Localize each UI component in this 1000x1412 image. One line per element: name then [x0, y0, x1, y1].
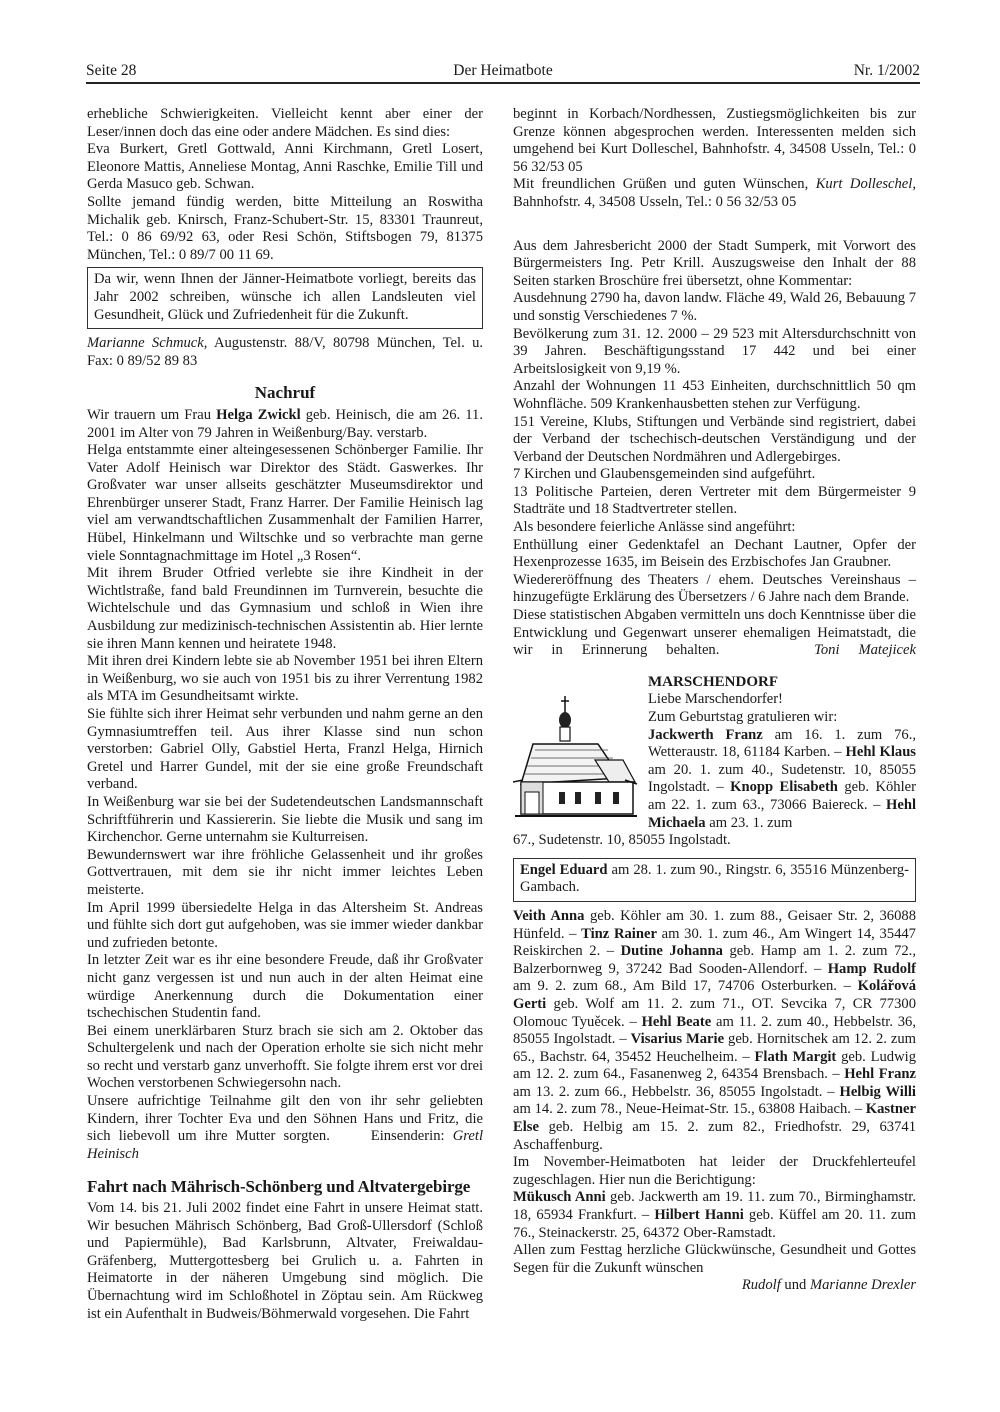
fahrt-heading: Fahrt nach Mährisch-Schönberg und Altvat…	[87, 1178, 483, 1196]
nachruf-paragraph: Sie fühlte sich ihrer Heimat sehr verbun…	[87, 706, 483, 794]
text: am 9. 2. zum 68., Am Bild 17, 74706 Oste…	[513, 978, 858, 994]
person-name: Helbig Willi	[839, 1084, 916, 1100]
person-name: Flath Margit	[755, 1049, 837, 1065]
organizer-name: Kurt Dolleschel,	[816, 176, 916, 192]
person-name: Jackwerth Franz	[648, 727, 763, 743]
correction-intro: Im November-Heimatboten hat leider der D…	[513, 1154, 916, 1189]
person-name: Knopp Elisabeth	[730, 779, 838, 795]
birthday-intro: Zum Geburtstag gratulieren wir:	[648, 709, 916, 727]
report-paragraph: 151 Vereine, Klubs, Stiftungen und Verbä…	[513, 414, 916, 467]
report-paragraph: Aus dem Jahresbericht 2000 der Stadt Sum…	[513, 238, 916, 291]
signer-name: Marianne Drexler	[810, 1277, 916, 1293]
text: am 13. 2. zum 66., Hebbelstr. 36, 85055 …	[513, 1084, 839, 1100]
person-name: Hamp Rudolf	[828, 961, 916, 977]
new-year-box: Da wir, wenn Ihnen der Jänner-Heimatbote…	[87, 267, 483, 329]
fahrt-paragraph: Vom 14. bis 21. Juli 2002 findet eine Fa…	[87, 1200, 483, 1323]
sender-label: Einsenderin:	[371, 1128, 453, 1144]
nachruf-paragraph: Mit ihrem Bruder Otfried verlebte sie ih…	[87, 565, 483, 653]
closing-signature: Rudolf und Marianne Drexler	[513, 1277, 916, 1295]
report-closing: Diese statistischen Abgaben vermitteln u…	[513, 607, 916, 660]
names-paragraph: Eva Burkert, Gretl Gottwald, Anni Kirchm…	[87, 141, 483, 194]
fahrt-greeting: Mit freundlichen Grüßen und guten Wünsch…	[513, 176, 916, 211]
nachruf-paragraph: In Weißenburg war sie bei der Sudetendeu…	[87, 794, 483, 847]
marschendorf-section: MARSCHENDORF Liebe Marschendorfer! Zum G…	[513, 674, 916, 1295]
person-name: Tinz Rainer	[581, 926, 657, 942]
page-header: Seite 28 Der Heimatbote Nr. 1/2002	[86, 60, 920, 84]
highlight-entry: Engel Eduard am 28. 1. zum 90., Ringstr.…	[520, 862, 909, 897]
highlight-box: Engel Eduard am 28. 1. zum 90., Ringstr.…	[513, 858, 916, 902]
nachruf-closing: Unsere aufrichtige Teilnahme gilt den vo…	[87, 1093, 483, 1163]
person-name: Veith Anna	[513, 908, 584, 924]
report-paragraph: 13 Politische Parteien, deren Vertreter …	[513, 484, 916, 519]
person-name: Mükusch Anni	[513, 1189, 606, 1205]
person-name: Hehl Franz	[844, 1066, 916, 1082]
author-name: Marianne Schmuck,	[87, 335, 207, 351]
report-paragraph: Anzahl der Wohnungen 11 453 Einheiten, d…	[513, 378, 916, 413]
text: und	[781, 1277, 810, 1293]
birthday-list-start: Jackwerth Franz am 16. 1. zum 76., Wette…	[648, 727, 916, 833]
right-column: beginnt in Korbach/Nordhessen, Zustiegsm…	[513, 106, 916, 1295]
text: geb. Helbig am 15. 2. zum 82., Friedhofs…	[513, 1119, 916, 1153]
signer-name: Rudolf	[742, 1277, 781, 1293]
correction-entries: Mükusch Anni geb. Jackwerth am 19. 11. z…	[513, 1189, 916, 1242]
nachruf-paragraph: Bewundernswert war ihre fröhliche Gelass…	[87, 847, 483, 900]
person-name: Hilbert Hanni	[654, 1207, 743, 1223]
closing-wishes: Allen zum Festtag herzliche Glückwünsche…	[513, 1242, 916, 1277]
report-paragraph: Als besondere feierliche Anlässe sind an…	[513, 519, 916, 537]
birthday-entries: Veith Anna geb. Köhler am 30. 1. zum 88.…	[513, 908, 916, 1154]
person-name: Visarius Marie	[631, 1031, 724, 1047]
left-column: erhebliche Schwierigkeiten. Vielleicht k…	[87, 106, 483, 1323]
text: Bahnhofstr. 4, 34508 Usseln, Tel.: 0 56 …	[513, 194, 796, 210]
nachruf-paragraph: Mit ihren drei Kindern lebte sie ab Nove…	[87, 653, 483, 706]
person-name: Hehl Beate	[642, 1014, 712, 1030]
marschendorf-heading: MARSCHENDORF	[648, 674, 916, 692]
report-paragraph: 7 Kirchen und Glaubensgemeinden sind auf…	[513, 466, 916, 484]
text: am 14. 2. zum 78., Neue-Heimat-Str. 15.,…	[513, 1101, 866, 1117]
person-name: Engel Eduard	[520, 862, 608, 878]
report-author: Toni Matejicek	[814, 642, 916, 658]
fahrt-continued: beginnt in Korbach/Nordhessen, Zustiegsm…	[513, 106, 916, 176]
text: Wir trauern um Frau	[87, 407, 216, 423]
new-year-text: Da wir, wenn Ihnen der Jänner-Heimatbote…	[94, 271, 476, 324]
intro-paragraph: erhebliche Schwierigkeiten. Vielleicht k…	[87, 106, 483, 141]
contact-paragraph: Sollte jemand fündig werden, bitte Mitte…	[87, 194, 483, 264]
report-paragraph: Enthüllung einer Gedenktafel an Dechant …	[513, 537, 916, 572]
nachruf-intro: Wir trauern um Frau Helga Zwickl geb. He…	[87, 407, 483, 442]
report-paragraph: Bevölkerung zum 31. 12. 2000 – 29 523 mi…	[513, 326, 916, 379]
publication-title: Der Heimatbote	[86, 62, 920, 80]
text: am 23. 1. zum	[706, 815, 793, 831]
text: Mit freundlichen Grüßen und guten Wünsch…	[513, 176, 816, 192]
nachruf-paragraph: In letzter Zeit war es ihr eine besonder…	[87, 952, 483, 1022]
nachruf-paragraph: Helga entstammte einer alteingesessenen …	[87, 442, 483, 565]
deceased-name: Helga Zwickl	[216, 407, 301, 423]
person-name: Hehl Klaus	[846, 744, 916, 760]
signature-schmuck: Marianne Schmuck, Augustenstr. 88/V, 807…	[87, 335, 483, 370]
birthday-list-continued: 67., Sudetenstr. 10, 85055 Ingolstadt.	[513, 832, 916, 850]
nachruf-paragraph: Bei einem unerklärbaren Sturz brach sie …	[87, 1023, 483, 1093]
salutation: Liebe Marschendorfer!	[648, 691, 916, 709]
nachruf-heading: Nachruf	[87, 384, 483, 402]
report-paragraph: Wiedereröffnung des Theaters / ehem. Deu…	[513, 572, 916, 607]
church-illustration-icon	[513, 692, 639, 820]
nachruf-paragraph: Im April 1999 übersiedelte Helga in das …	[87, 900, 483, 953]
report-paragraph: Ausdehnung 2790 ha, davon landw. Fläche …	[513, 290, 916, 325]
person-name: Dutine Johanna	[621, 943, 723, 959]
issue-number: Nr. 1/2002	[854, 62, 920, 80]
